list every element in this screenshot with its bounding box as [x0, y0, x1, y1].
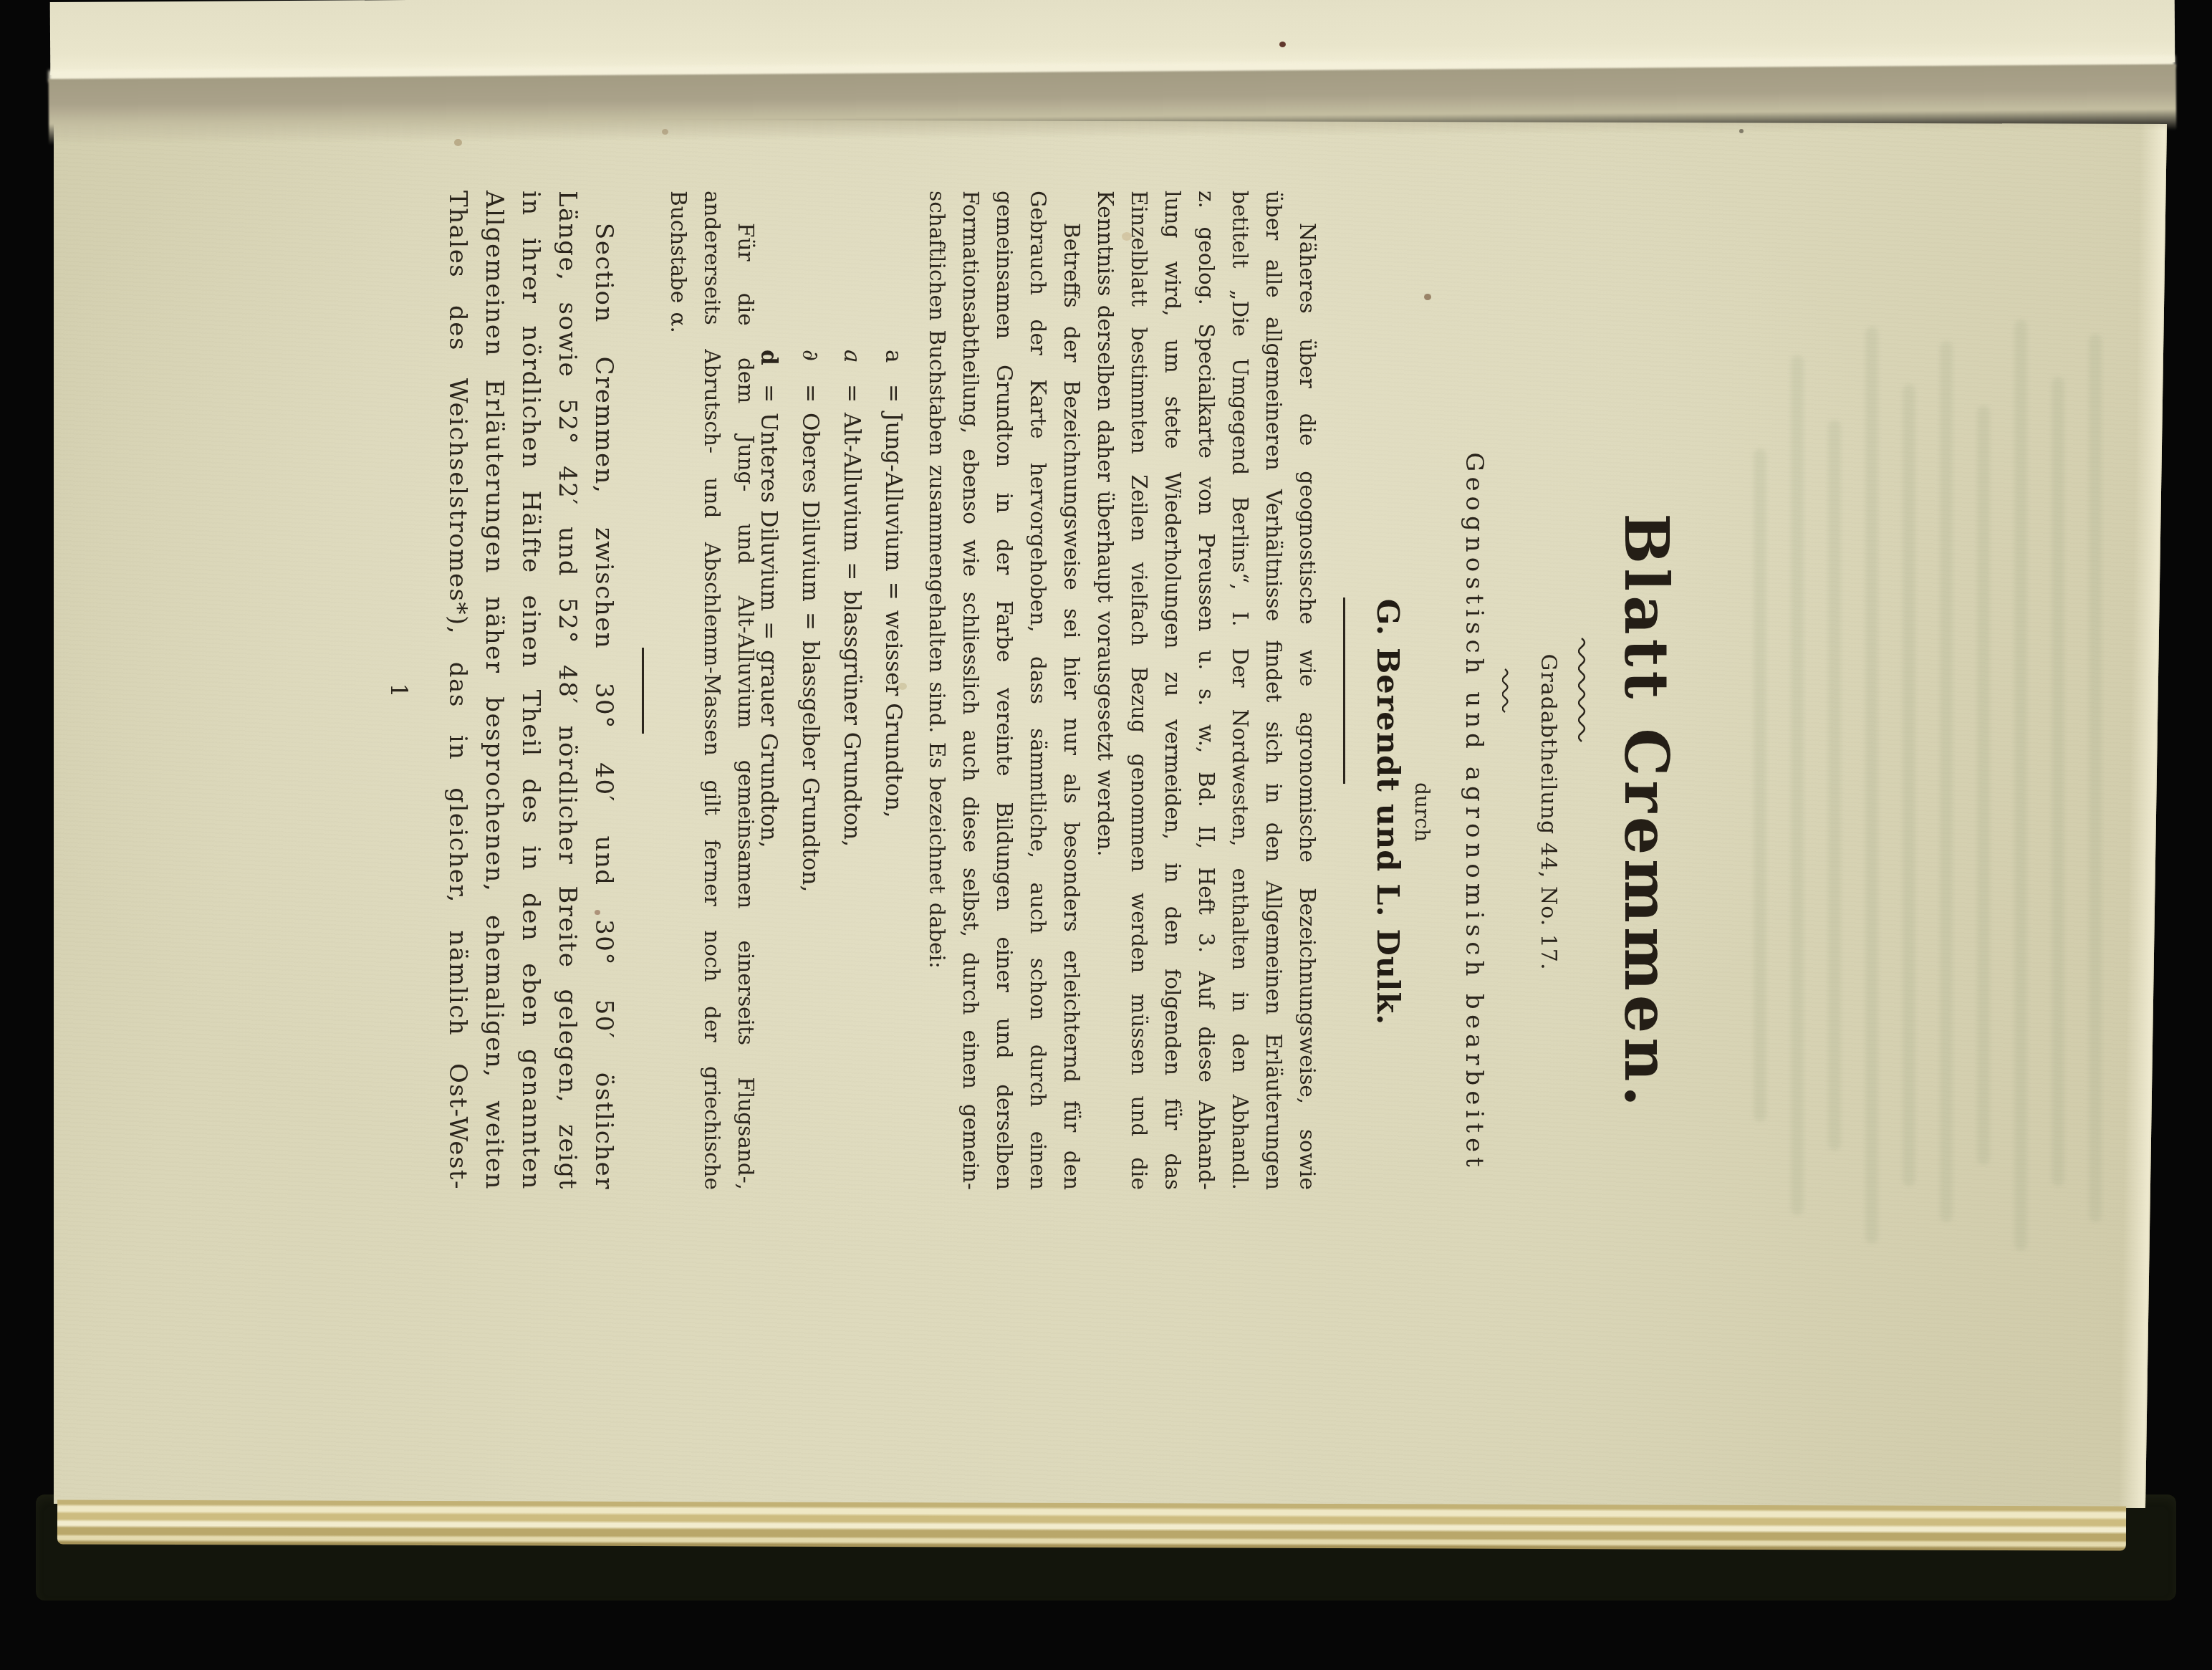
- text-line: Näheres über die geognostische wie agron…: [1290, 191, 1324, 1190]
- greek-letter-note-paragraph: Für die dem Jung- und Alt-Alluvium gemei…: [661, 191, 762, 1190]
- authors: G. Berendt und L. Dulk.: [1370, 119, 1405, 1505]
- text-line: Länge, sowie 52° 42′ und 52° 48′ nördlic…: [549, 191, 585, 1190]
- text-line: schaftlichen Buchstaben zusammengehalten…: [920, 191, 953, 1190]
- stain-speck: [1122, 232, 1132, 241]
- page-number: 1: [385, 191, 411, 1190]
- wavy-rule-icon: [1499, 668, 1513, 714]
- stain-speck: [454, 139, 462, 146]
- page-title: Blatt Cremmen.: [1611, 119, 1682, 1505]
- stain-speck: [1279, 42, 1286, 47]
- photo-of-book-page: { "colors": { "background": "#060606", "…: [0, 0, 2212, 1670]
- text-line: lung wird, um stete Wiederholungen zu ve…: [1155, 191, 1189, 1190]
- text-line: Betreffs der Bezeichnungsweise sei hier …: [1054, 191, 1088, 1190]
- text-line: Buchstabe α.: [661, 191, 695, 1190]
- text-line: betitelt „Die Umgegend Berlins“, I. Der …: [1223, 191, 1256, 1190]
- stain-speck: [595, 910, 600, 915]
- text-line: Gebrauch der Karte hervorgehoben, dass s…: [1021, 191, 1054, 1190]
- page-content-rotated-90cw: Blatt Cremmen. Gradabtheilung 44, No. 17…: [89, 119, 2166, 1505]
- map-color-legend: a=Jung-Alluvium=weisser Grundton,a=Alt-A…: [748, 191, 914, 1349]
- text-line: Section Cremmen, zwischen 30° 40′ und 30…: [585, 191, 622, 1190]
- legend-item: a=Alt-Alluvium=blassgrüner Grundton,: [831, 350, 872, 1349]
- text-line: Allgemeinen Erläuterungen näher besproch…: [476, 191, 512, 1190]
- wavy-rule-icon: [1575, 637, 1589, 744]
- text-line: Einzelblatt bestimmten Zeilen vielfach B…: [1122, 191, 1155, 1190]
- text-line: Thales des Weichselstromes*), das in gle…: [439, 191, 476, 1190]
- page-stack-edges: [57, 1499, 2126, 1550]
- legend-item: ∂=Oberes Diluvium=blassgelber Grundton,: [789, 350, 831, 1349]
- text-line: gemeinsamen Grundton in der Farbe verein…: [987, 191, 1021, 1190]
- stain-speck: [898, 683, 907, 690]
- text-line: in ihrer nördlichen Hälfte einen Theil d…: [512, 191, 549, 1190]
- text-line: Formationsabtheilung, ebenso wie schlies…: [953, 191, 987, 1190]
- text-line: über alle allgemeineren Verhältnisse fin…: [1256, 191, 1290, 1190]
- stain-speck: [1424, 294, 1431, 300]
- show-through-ghost-text: [1693, 234, 2123, 1380]
- series-line: Gradabtheilung 44, No. 17.: [1536, 119, 1561, 1505]
- text-line: andererseits Abrutsch- und Abschlemm-Mas…: [695, 191, 728, 1190]
- subtitle: Geognostisch und agronomisch bearbeitet: [1460, 119, 1489, 1505]
- intro-paragraph: Näheres über die geognostische wie agron…: [1088, 191, 1324, 1190]
- separator-rule: [1343, 598, 1345, 784]
- section-separator-rule: [642, 648, 644, 734]
- stain-speck: [662, 129, 668, 135]
- legend-item: a=Jung-Alluvium=weisser Grundton,: [872, 350, 914, 1349]
- stain-speck: [1739, 129, 1744, 133]
- section-cremmen-paragraph: Section Cremmen, zwischen 30° 40′ und 30…: [439, 191, 622, 1190]
- notation-paragraph: Betreffs der Bezeichnungsweise sei hier …: [920, 191, 1088, 1190]
- byline-connector: durch: [1410, 119, 1434, 1505]
- text-line: Für die dem Jung- und Alt-Alluvium gemei…: [728, 191, 762, 1190]
- text-line: Kenntniss derselben daher überhaupt vora…: [1088, 191, 1122, 1190]
- text-line: z. geolog. Specialkarte von Preussen u. …: [1189, 191, 1223, 1190]
